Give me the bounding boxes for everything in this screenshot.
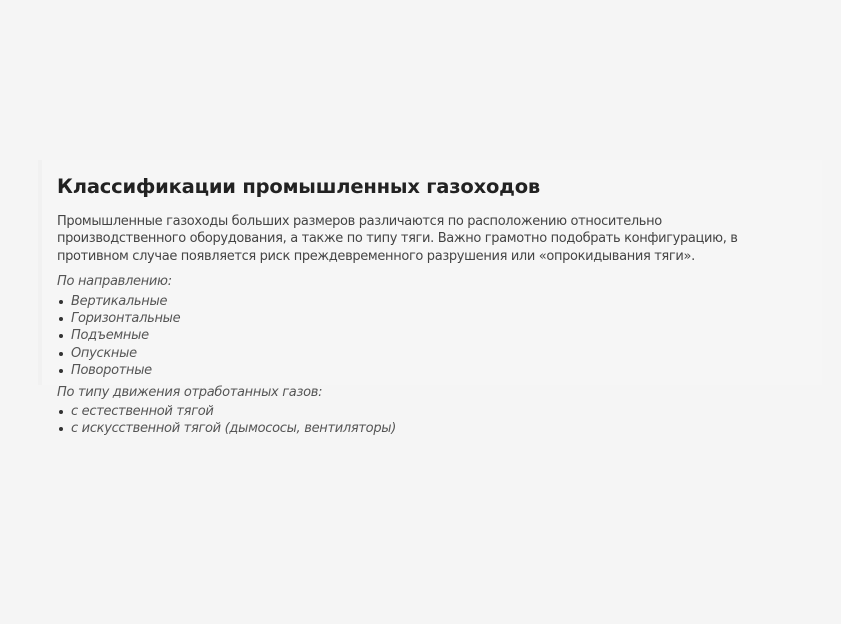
direction-list: Вертикальные Горизонтальные Подъемные Оп… [57,293,787,380]
intro-line: производственного оборудования, а также … [57,231,738,246]
intro-line: Промышленные газоходы больших размеров р… [57,214,662,229]
intro-line: противном случае появляется риск преждев… [57,249,695,264]
list-item: Вертикальные [71,293,787,310]
bullet-icon [59,300,63,304]
bullet-icon [59,427,63,431]
article: Классификации промышленных газоходов Про… [57,174,787,438]
list-item: Поворотные [71,362,787,379]
bullet-icon [59,369,63,373]
article-intro: Промышленные газоходы больших размеров р… [57,213,787,265]
bullet-icon [59,317,63,321]
bullet-icon [59,410,63,414]
gas-movement-group-label: По типу движения отработанных газов: [57,384,787,401]
list-item: Подъемные [71,327,787,344]
list-item: Горизонтальные [71,310,787,327]
gas-movement-list: с естественной тягой с искусственной тяг… [57,403,787,438]
list-item: с искусственной тягой (дымососы, вентиля… [71,420,787,437]
list-item: с естественной тягой [71,403,787,420]
list-item: Опускные [71,345,787,362]
direction-group-label: По направлению: [57,273,787,290]
article-title: Классификации промышленных газоходов [57,174,787,200]
bullet-icon [59,334,63,338]
bullet-icon [59,352,63,356]
